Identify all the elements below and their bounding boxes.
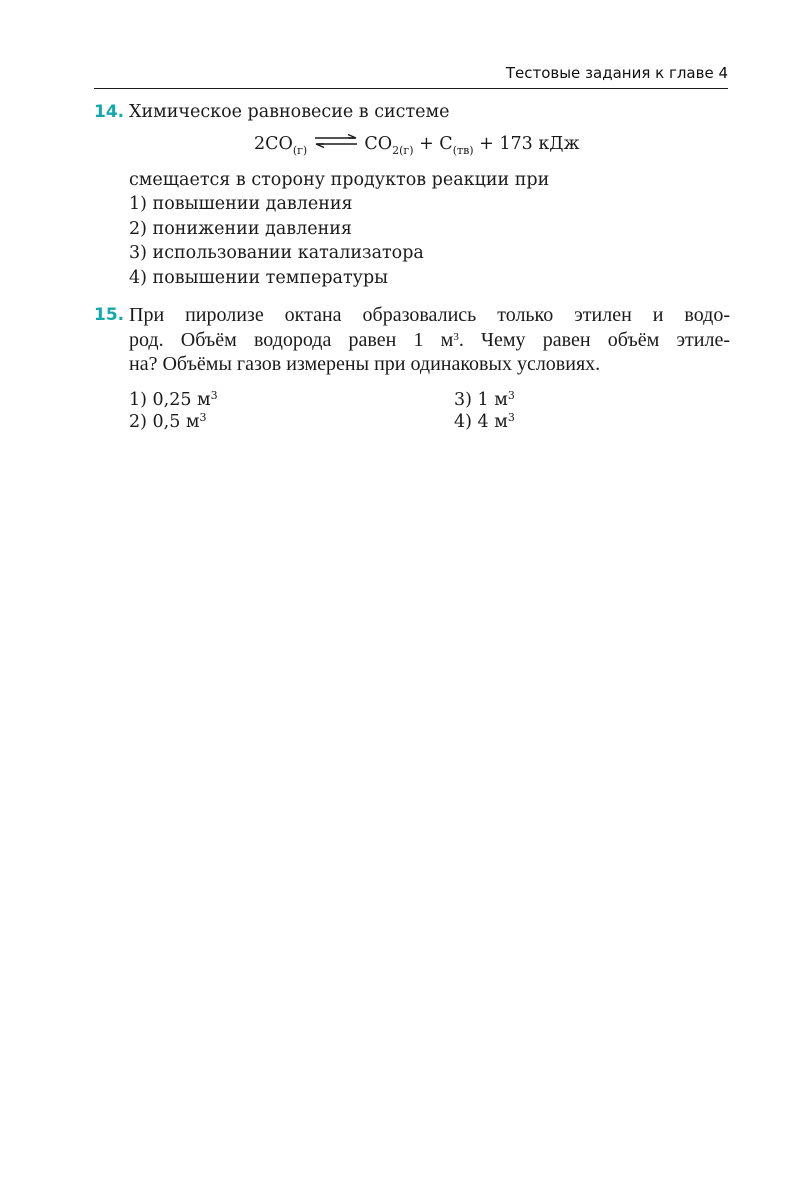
task-number: 14. — [94, 100, 124, 125]
superscript: 3 — [508, 389, 515, 402]
page-header: Тестовые задания к главе 4 — [94, 62, 728, 89]
option-label: 1) 0,25 м — [129, 390, 211, 410]
reactant-state: (г) — [293, 144, 307, 157]
answer-option-3: 3) использовании катализатора — [129, 241, 730, 266]
task-number: 15. — [94, 303, 124, 328]
task-text-line-2: род. Объём водорода равен 1 м3. Чему рав… — [129, 328, 730, 353]
answer-option-4: 4) повышении температуры — [129, 266, 730, 291]
plus-sign: + — [414, 134, 440, 154]
option-label: 2) 0,5 м — [129, 412, 200, 432]
task-15: 15. При пиролизе октана образовались тол… — [94, 303, 730, 433]
superscript: 3 — [508, 411, 515, 424]
superscript: 3 — [211, 389, 218, 402]
task-stem: смещается в сторону продуктов реакции пр… — [129, 168, 730, 193]
option-label: 4) 4 м — [454, 412, 508, 432]
product-2-state: (тв) — [453, 144, 474, 157]
option-label: 3) 1 м — [454, 390, 508, 410]
superscript: 3 — [200, 411, 207, 424]
task-text-line-3: на? Объёмы газов измерены при одинаковых… — [129, 352, 730, 377]
energy: 173 кДж — [499, 134, 579, 154]
answer-option-1: 1) 0,25 м3 — [129, 389, 454, 411]
product-2: C — [439, 134, 452, 154]
chemical-equation: 2CO(г) CO2(г) + C(тв) + 173 кДж — [129, 132, 730, 162]
plus-sign: + — [474, 134, 500, 154]
chapter-title: Тестовые задания к главе 4 — [506, 64, 728, 82]
text-fragment: род. Объём водорода равен 1 м — [129, 329, 453, 351]
task-text-line-1: При пиролизе октана образовались только … — [129, 303, 730, 328]
text-fragment: . Чему равен объём этиле- — [459, 329, 730, 351]
task-question: Химическое равновесие в системе — [129, 100, 730, 125]
answer-option-2: 2) 0,5 м3 — [129, 411, 454, 433]
answer-option-3: 3) 1 м3 — [454, 389, 654, 411]
answer-option-1: 1) повышении давления — [129, 192, 730, 217]
product-1: CO — [364, 134, 392, 154]
product-1-state: 2(г) — [392, 144, 413, 157]
reactant: 2CO — [254, 134, 293, 154]
equilibrium-arrow-icon — [314, 134, 358, 148]
answer-option-4: 4) 4 м3 — [454, 411, 654, 433]
task-14: 14. Химическое равновесие в системе 2CO(… — [94, 100, 730, 290]
answer-option-2: 2) понижении давления — [129, 217, 730, 242]
answer-options: 1) 0,25 м3 3) 1 м3 2) 0,5 м3 4) 4 м3 — [129, 389, 730, 433]
